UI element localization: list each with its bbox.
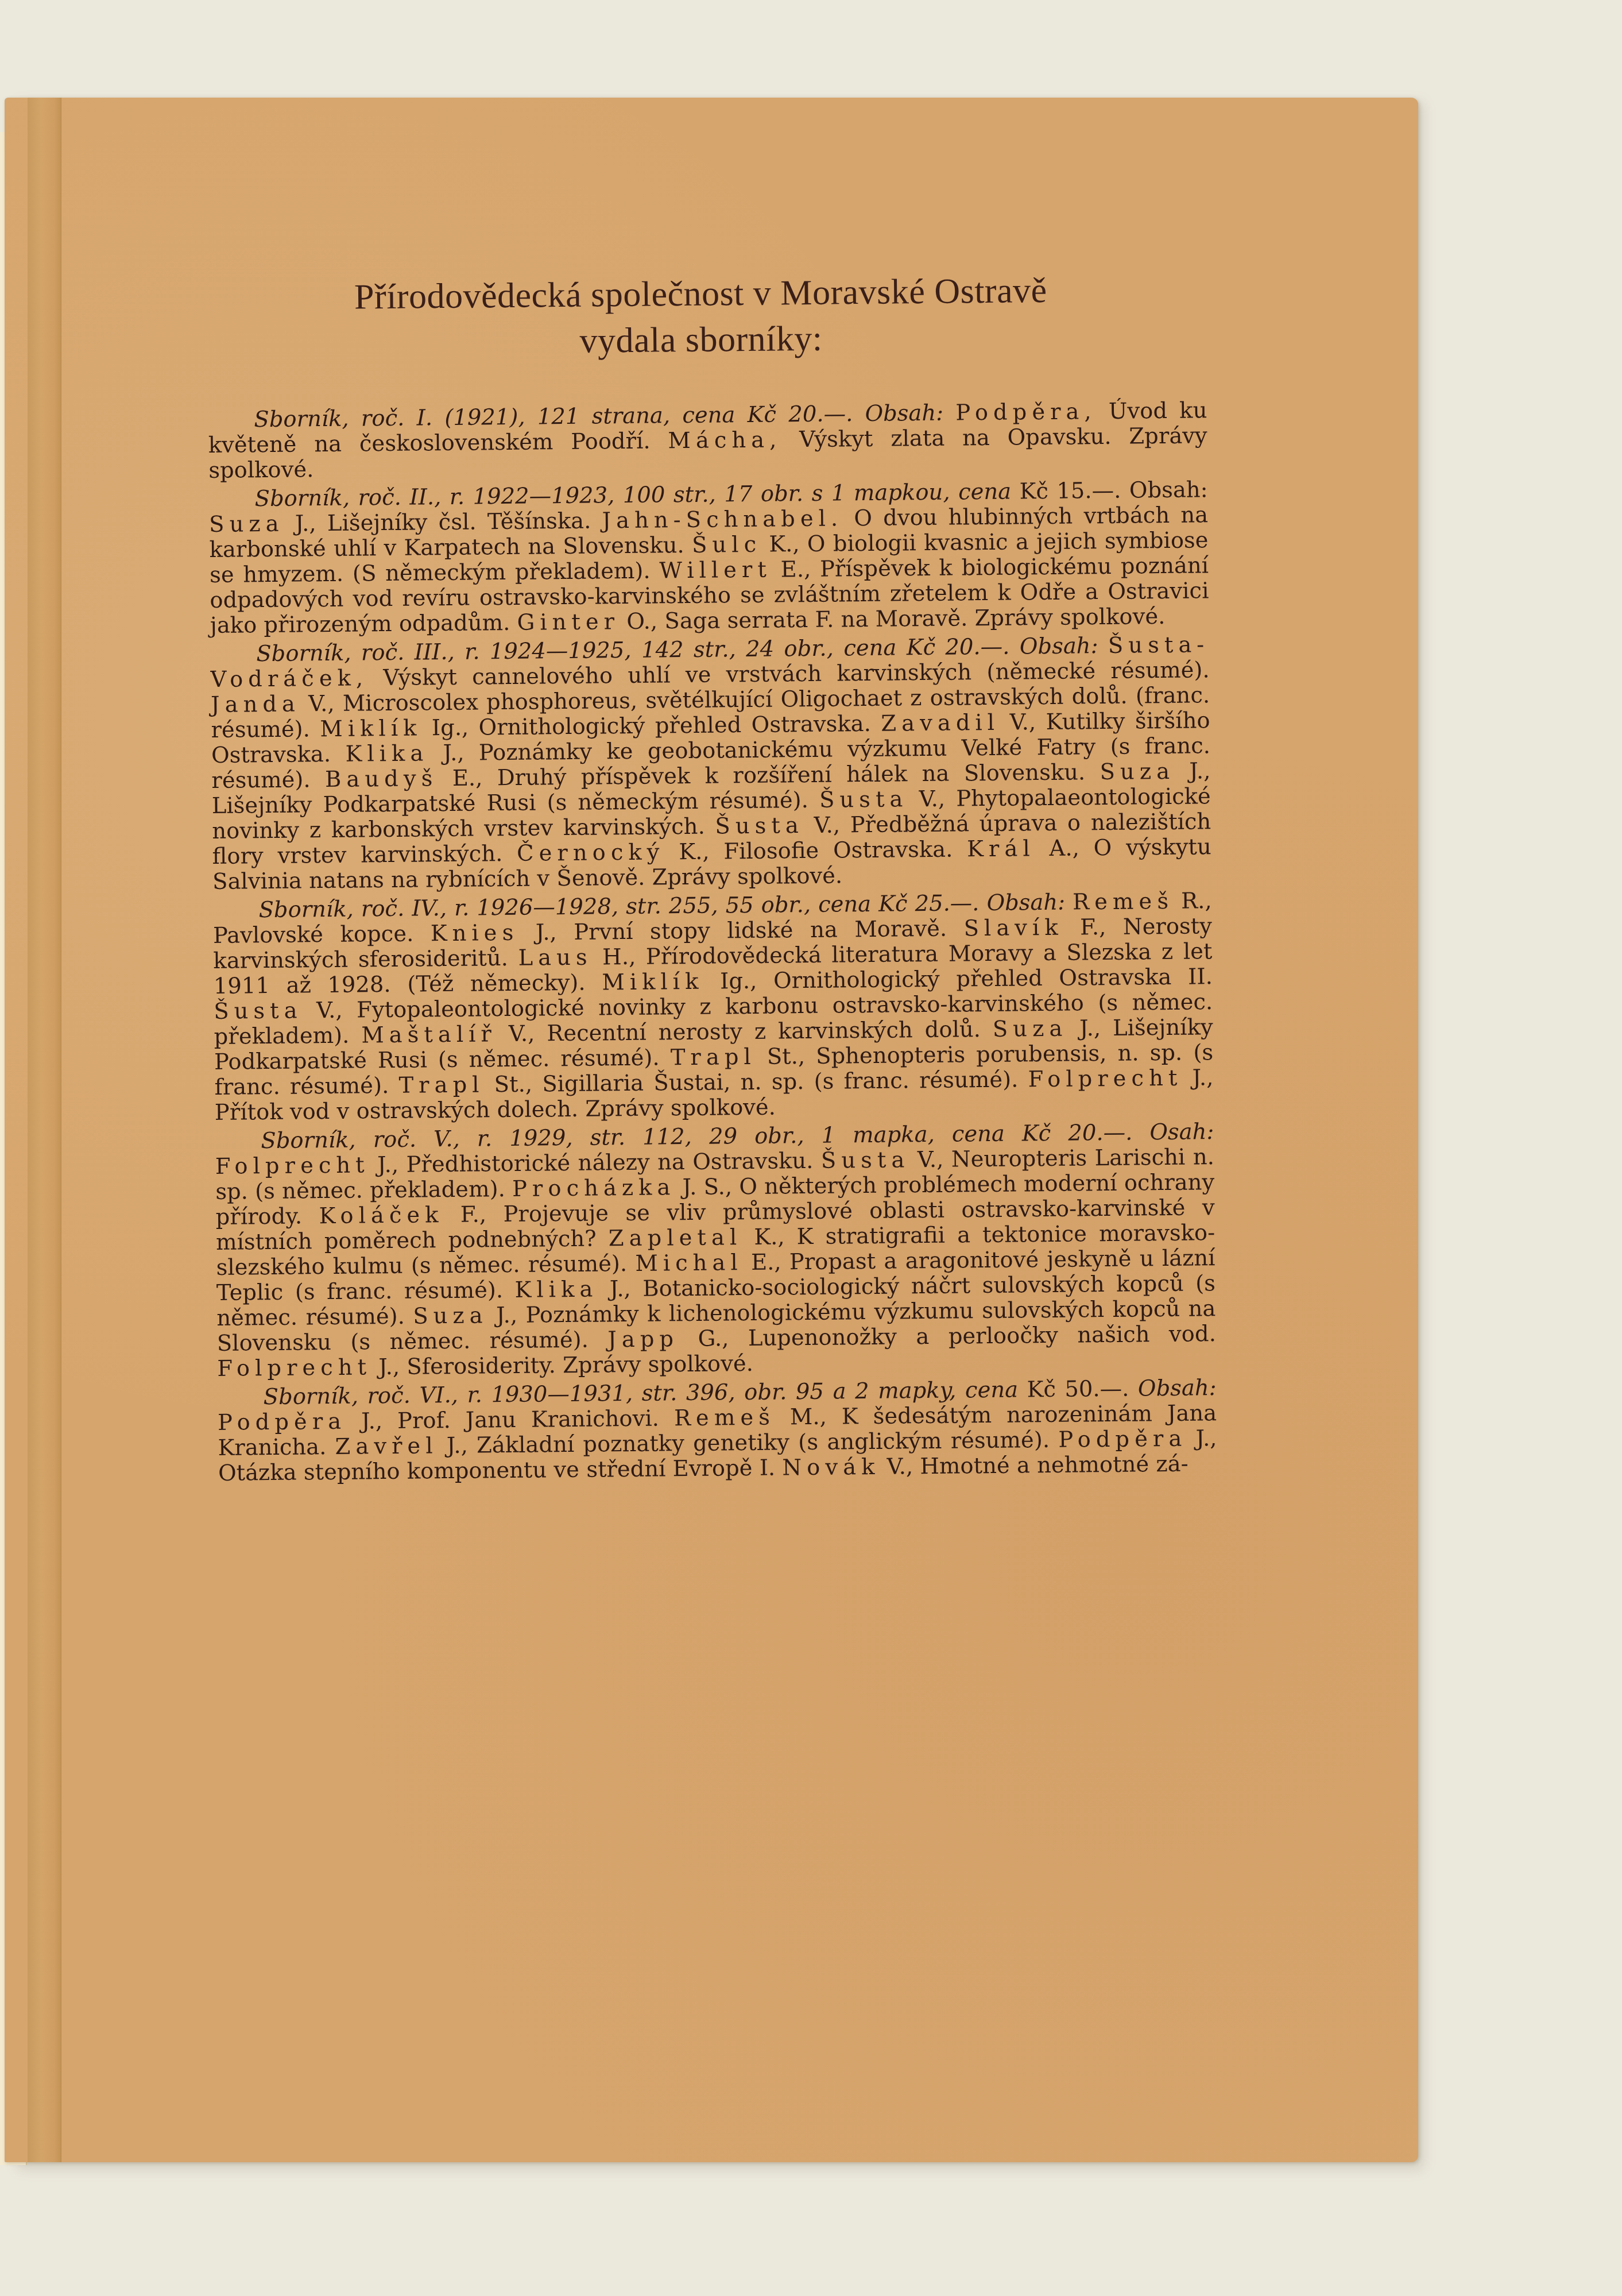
author-name: Šulc: [692, 532, 761, 558]
spine-fold: [28, 98, 61, 2162]
author-name: Willert: [659, 557, 772, 584]
author-name: Suza: [993, 1016, 1068, 1042]
author-name: Laus: [518, 945, 593, 971]
author-name: Mácha,: [668, 427, 781, 454]
page-heading: Přírodovědecká společnost v Moravské Ost…: [195, 266, 1206, 368]
author-name: Šusta: [821, 1147, 910, 1173]
author-name: Novák: [782, 1454, 880, 1481]
author-name: Baudyš: [325, 766, 438, 793]
author-name: Remeš: [674, 1405, 775, 1432]
author-name: Suza: [209, 511, 284, 538]
heading-line-2: vydala sborníky:: [196, 312, 1207, 368]
article-text: K., Filosofie Ostravska.: [664, 836, 967, 865]
brochure-page: Přírodovědecká společnost v Moravské Ost…: [5, 98, 1418, 2162]
volume-entry: Sborník, roč. II., r. 1922—1923, 100 str…: [209, 477, 1209, 639]
author-name: Podpěra: [1058, 1426, 1187, 1453]
author-name: Slavík: [963, 915, 1063, 942]
article-text: J., Lišejníky čsl. Těšínska.: [284, 508, 602, 536]
volume-meta-plain: Kč 15.—. Obsah:: [1011, 477, 1208, 504]
author-name: Koláček: [319, 1202, 443, 1229]
contents-label: Obsah:: [865, 400, 943, 427]
volume-entry: Sborník, roč. IV., r. 1926—1928, str. 25…: [212, 888, 1214, 1126]
author-name: Ginter: [517, 609, 620, 636]
author-name: Podpěra,: [955, 399, 1097, 426]
contents-label: Osah:: [1149, 1119, 1214, 1145]
volume-entry: Sborník, roč. VI., r. 1930—1931, str. 39…: [218, 1375, 1218, 1486]
author-name: Suza: [413, 1302, 488, 1329]
author-name: Suza: [1100, 759, 1175, 785]
author-name: Folprecht: [217, 1354, 371, 1382]
article-text: O., Saga serrata F. na Moravě. Zprávy sp…: [620, 604, 1166, 635]
author-name: Šusta: [819, 786, 908, 813]
volume-list: Sborník, roč. I. (1921), 121 strana, cen…: [208, 398, 1217, 1486]
author-name: Michal: [635, 1250, 743, 1277]
author-name: Trapl: [398, 1072, 484, 1098]
author-name: Remeš: [1073, 888, 1174, 915]
author-name: Folprecht: [215, 1152, 370, 1180]
contents-label: Obsah:: [1020, 633, 1098, 659]
author-name: Knies: [431, 920, 519, 946]
author-name: Miklík: [320, 715, 421, 742]
author-name: Zavadil: [881, 710, 1000, 737]
author-name: Miklík: [602, 969, 703, 996]
author-name: Klika: [514, 1277, 598, 1303]
contents-label: Obsah:: [986, 890, 1065, 916]
author-name: Černocký: [517, 839, 665, 866]
author-name: Král: [967, 836, 1035, 862]
article-text: J., Prof. Janu Kranichovi.: [346, 1405, 674, 1434]
article-text: G., Lupenonožky a perloočky našich vod.: [679, 1321, 1216, 1352]
article-text: V., Hmotné a nehmotné zá-: [880, 1451, 1189, 1480]
author-name: Maštalíř: [361, 1021, 497, 1048]
contents-label: Obsah:: [1138, 1375, 1217, 1401]
author-name: Folprecht: [1028, 1065, 1182, 1093]
volume-entry: Sborník, roč. I. (1921), 121 strana, cen…: [208, 398, 1207, 484]
author-name: Trapl: [671, 1044, 756, 1070]
author-name: Zavřel: [335, 1433, 438, 1460]
author-name: Podpěra: [218, 1409, 346, 1436]
volume-entry: Sborník, roč. V., r. 1929, str. 112, 29 …: [215, 1119, 1216, 1382]
page-content: Přírodovědecká společnost v Moravské Ost…: [207, 266, 1217, 1490]
author-name: Jahn-Schnabel.: [602, 505, 843, 534]
author-name: Klika: [345, 740, 428, 767]
article-text: St., Sigillaria Šustai, n. sp. (s franc.…: [484, 1066, 1028, 1097]
author-name: Procházka: [512, 1174, 676, 1202]
heading-line-1: Přírodovědecká společnost v Moravské Ost…: [354, 271, 1047, 317]
volume-entry: Sborník, roč. III., r. 1924—1925, 142 st…: [210, 632, 1211, 895]
article-text: J., Sferosiderity. Zprávy spolkové.: [371, 1351, 753, 1380]
author-name: Janda: [211, 691, 300, 717]
volume-meta-plain: Kč 50.—.: [1018, 1376, 1138, 1403]
author-name: Šusta: [214, 998, 303, 1024]
author-name: Zapletal: [609, 1224, 742, 1251]
author-name: Šusta: [715, 813, 804, 839]
author-name: Japp: [607, 1326, 679, 1352]
